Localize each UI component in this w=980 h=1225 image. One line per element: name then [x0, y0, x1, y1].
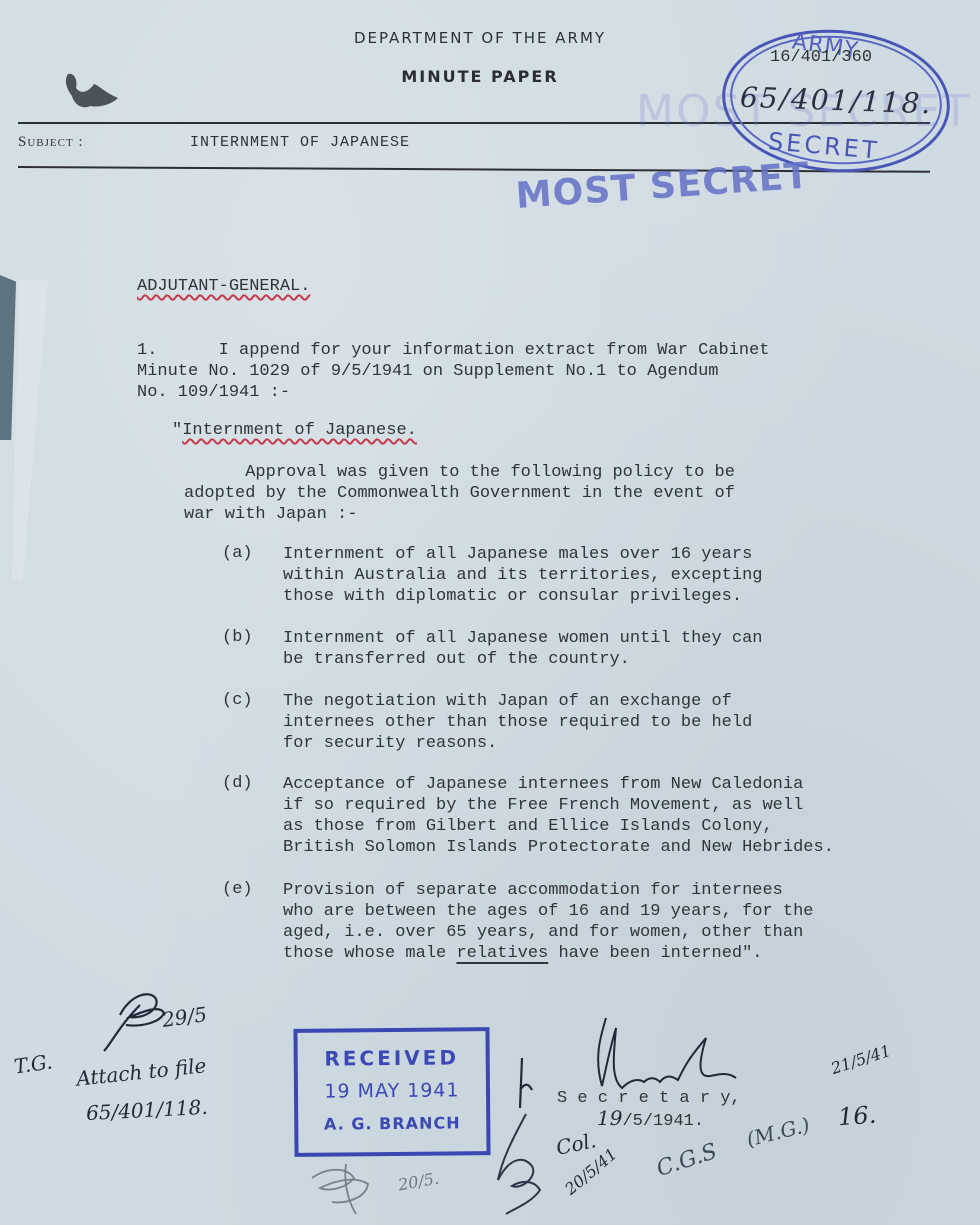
item-line: internees other than those required to b… — [283, 713, 752, 732]
signature-date-handwritten-day: 19 — [597, 1106, 622, 1130]
file-reference-typed: 16/401/360 — [770, 48, 872, 67]
item-line: be transferred out of the country. — [283, 650, 630, 669]
item-line: for security reasons. — [283, 734, 497, 753]
colonel-signature-icon — [492, 1110, 572, 1220]
underlined-word: relatives — [456, 944, 548, 963]
signature-date-typed: /5/1941. — [622, 1112, 704, 1131]
item-text-b: Internment of all Japanese women until t… — [283, 628, 762, 670]
subject-value: INTERNMENT OF JAPANESE — [190, 134, 410, 151]
item-line: aged, i.e. over 65 years, and for women,… — [283, 923, 803, 942]
received-stamp-title: RECEIVED — [298, 1045, 486, 1071]
addressee: ADJUTANT-GENERAL. — [137, 276, 310, 297]
paper-fold — [12, 280, 48, 580]
received-stamp-date: 19 MAY 1941 — [298, 1079, 486, 1103]
item-line: British Solomon Islands Protectorate and… — [283, 838, 834, 857]
item-line: who are between the ages of 16 and 19 ye… — [283, 902, 814, 921]
item-line: those whose male — [283, 944, 456, 963]
item-label-e: (e) — [222, 880, 253, 899]
item-line: have been interned". — [548, 944, 762, 963]
item-line: Provision of separate accommodation for … — [283, 881, 783, 900]
most-secret-stamp: MOST SECRET — [515, 156, 811, 217]
quote-mark: " — [172, 421, 182, 440]
file-reference-handwritten: 65/401/118. — [739, 81, 932, 121]
annotation-16: 16. — [837, 1101, 877, 1132]
paragraph-1-line: No. 109/1941 :- — [137, 383, 290, 402]
item-line: Internment of all Japanese women until t… — [283, 629, 762, 648]
item-label-b: (b) — [222, 628, 253, 647]
item-line: The negotiation with Japan of an exchang… — [283, 692, 732, 711]
annotation-right-date: 21/5/41 — [829, 1041, 894, 1078]
item-line: Internment of all Japanese males over 16… — [283, 545, 752, 564]
paragraph-1-line: 1. I append for your information extract… — [137, 341, 770, 360]
item-line: if so required by the Free French Moveme… — [283, 796, 803, 815]
annotation-file-ref: 65/401/118. — [85, 1095, 208, 1125]
torn-paper-edge — [0, 275, 16, 440]
item-text-c: The negotiation with Japan of an exchang… — [283, 691, 752, 754]
subject-label: Subject : — [18, 134, 84, 151]
secretary-signature-icon — [510, 1008, 770, 1108]
annotation-initial-date: 29/5 — [161, 1002, 209, 1032]
paragraph-1: 1. I append for your information extract… — [137, 340, 770, 403]
item-text-e: Provision of separate accommodation for … — [283, 880, 814, 964]
annotation-tg: T.G. — [13, 1049, 54, 1078]
item-line: Acceptance of Japanese internees from Ne… — [283, 775, 803, 794]
item-text-d: Acceptance of Japanese internees from Ne… — [283, 774, 834, 858]
item-line: those with diplomatic or consular privil… — [283, 587, 742, 606]
item-line: within Australia and its territories, ex… — [283, 566, 762, 585]
received-stamp: RECEIVED 19 MAY 1941 A. G. BRANCH — [293, 1027, 490, 1157]
approval-line: war with Japan :- — [184, 505, 357, 524]
quote-title: "Internment of Japanese. — [172, 420, 417, 441]
approval-paragraph: Approval was given to the following poli… — [184, 462, 735, 525]
minute-paper-document: DEPARTMENT OF THE ARMY MINUTE PAPER Subj… — [0, 0, 980, 1225]
item-text-a: Internment of all Japanese males over 16… — [283, 544, 762, 607]
item-label-d: (d) — [222, 774, 253, 793]
quote-title-text: Internment of Japanese. — [182, 421, 417, 440]
approval-line: adopted by the Commonwealth Government i… — [184, 484, 735, 503]
annotation-attach-to-file: Attach to file — [75, 1053, 207, 1091]
annotation-mg: (M.G.) — [744, 1113, 812, 1152]
received-stamp-branch: A. G. BRANCH — [298, 1113, 486, 1134]
item-label-a: (a) — [222, 544, 253, 563]
annotation-cgs: C.G.S — [654, 1139, 721, 1182]
signature-date: 19/5/1941. — [597, 1108, 704, 1132]
faint-signature-icon — [306, 1158, 406, 1218]
paragraph-1-line: Minute No. 1029 of 9/5/1941 on Supplemen… — [137, 362, 719, 381]
item-line: as those from Gilbert and Ellice Islands… — [283, 817, 773, 836]
approval-line: Approval was given to the following poli… — [184, 463, 735, 482]
item-label-c: (c) — [222, 691, 253, 710]
